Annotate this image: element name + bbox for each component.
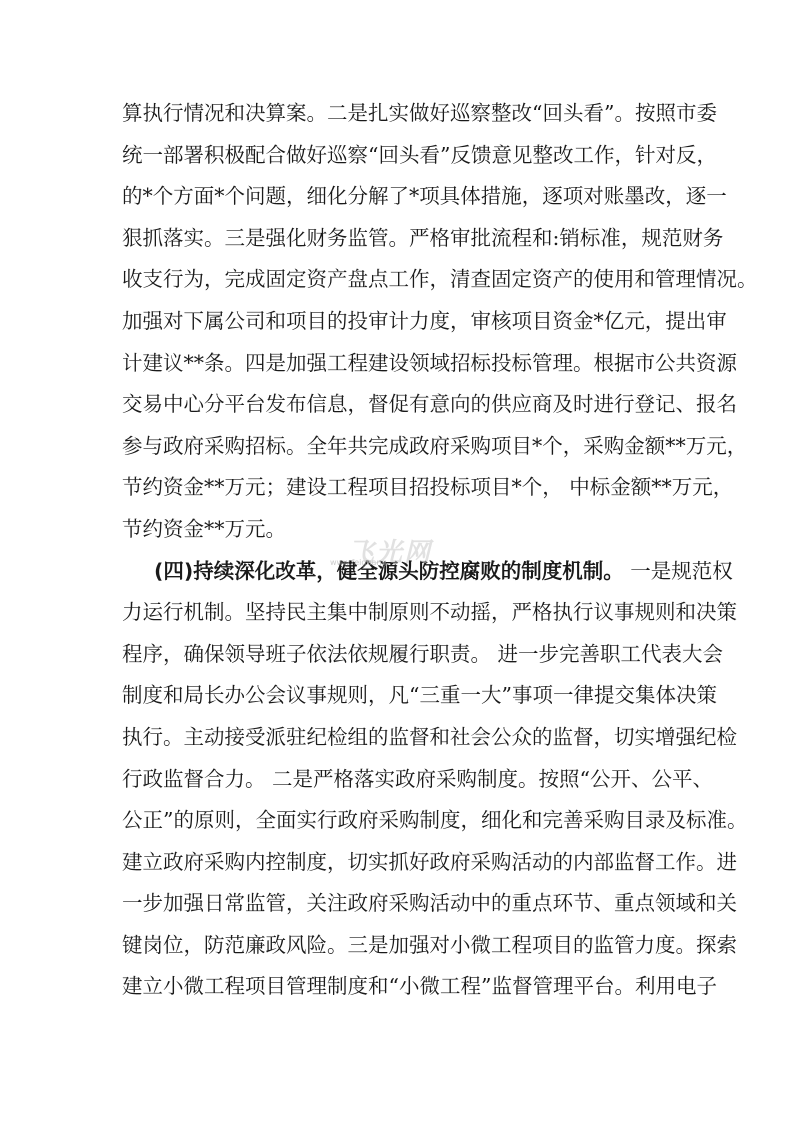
text-line: 建立小微工程项目管理制度和“小微工程”监督管理平台。利用电子 [122, 968, 684, 1010]
text-line: 加强对下属公司和项目的投审计力度，审核项目资金*亿元，提出审 [122, 303, 684, 345]
text-line: 公正”的原则，全面实行政府采购制度，细化和完善采购目录及标准。 [122, 802, 684, 844]
text-line: 节约资金**万元；建设工程项目招投标项目*个， 中标金额**万元， [122, 469, 684, 511]
text-line: 统一部署积极配合做好巡察“回头看”反馈意见整改工作，针对反， [122, 137, 684, 179]
section-heading-line: (四)持续深化改革，健全源头防控腐败的制度机制。 一是规范权 [122, 553, 684, 595]
text-line: 建立政府采购内控制度，切实抓好政府采购活动的内部监督工作。进 [122, 844, 684, 886]
text-line: 行政监督合力。 二是严格落实政府采购制度。按照“公开、公平、 [122, 761, 684, 803]
text-line-paragraph-end: 节约资金**万元。 [122, 511, 684, 553]
text-line: 收支行为，完成固定资产盘点工作，清查固定资产的使用和管理情况。 [122, 261, 684, 303]
text-line: 程序，确保领导班子依法依规履行职责。 进一步完善职工代表大会 [122, 636, 684, 678]
text-line: 算执行情况和决算案。二是扎实做好巡察整改“回头看”。按照市委 [122, 95, 684, 137]
text-line: 一步加强日常监管，关注政府采购活动中的重点环节、重点领域和关 [122, 885, 684, 927]
text-line: 计建议**条。四是加强工程建设领域招标投标管理。根据市公共资源 [122, 345, 684, 387]
text-line: 参与政府采购招标。全年共完成政府采购项目*个，采购金额**万元， [122, 428, 684, 470]
section-heading: (四)持续深化改革，健全源头防控腐败的制度机制。 [154, 559, 624, 583]
text-line: 执行。主动接受派驻纪检组的监督和社会公众的监督，切实增强纪检 [122, 719, 684, 761]
document-page: 算执行情况和决算案。二是扎实做好巡察整改“回头看”。按照市委 统一部署积极配合做… [122, 95, 684, 1010]
text-line: 交易中心分平台发布信息，督促有意向的供应商及时进行登记、报名 [122, 386, 684, 428]
text-line: 的*个方面*个问题，细化分解了*项具体措施，逐项对账墨改，逐一 [122, 178, 684, 220]
text-line: 制度和局长办公会议事规则，凡“三重一大”事项一律提交集体决策 [122, 677, 684, 719]
text-line: 力运行机制。坚持民主集中制原则不动摇，严格执行议事规则和决策 [122, 594, 684, 636]
section-heading-continuation: 一是规范权 [630, 559, 733, 583]
text-line: 键岗位，防范廉政风险。三是加强对小微工程项目的监管力度。探索 [122, 927, 684, 969]
text-line: 狠抓落实。三是强化财务监管。严格审批流程和:销标准，规范财务 [122, 220, 684, 262]
